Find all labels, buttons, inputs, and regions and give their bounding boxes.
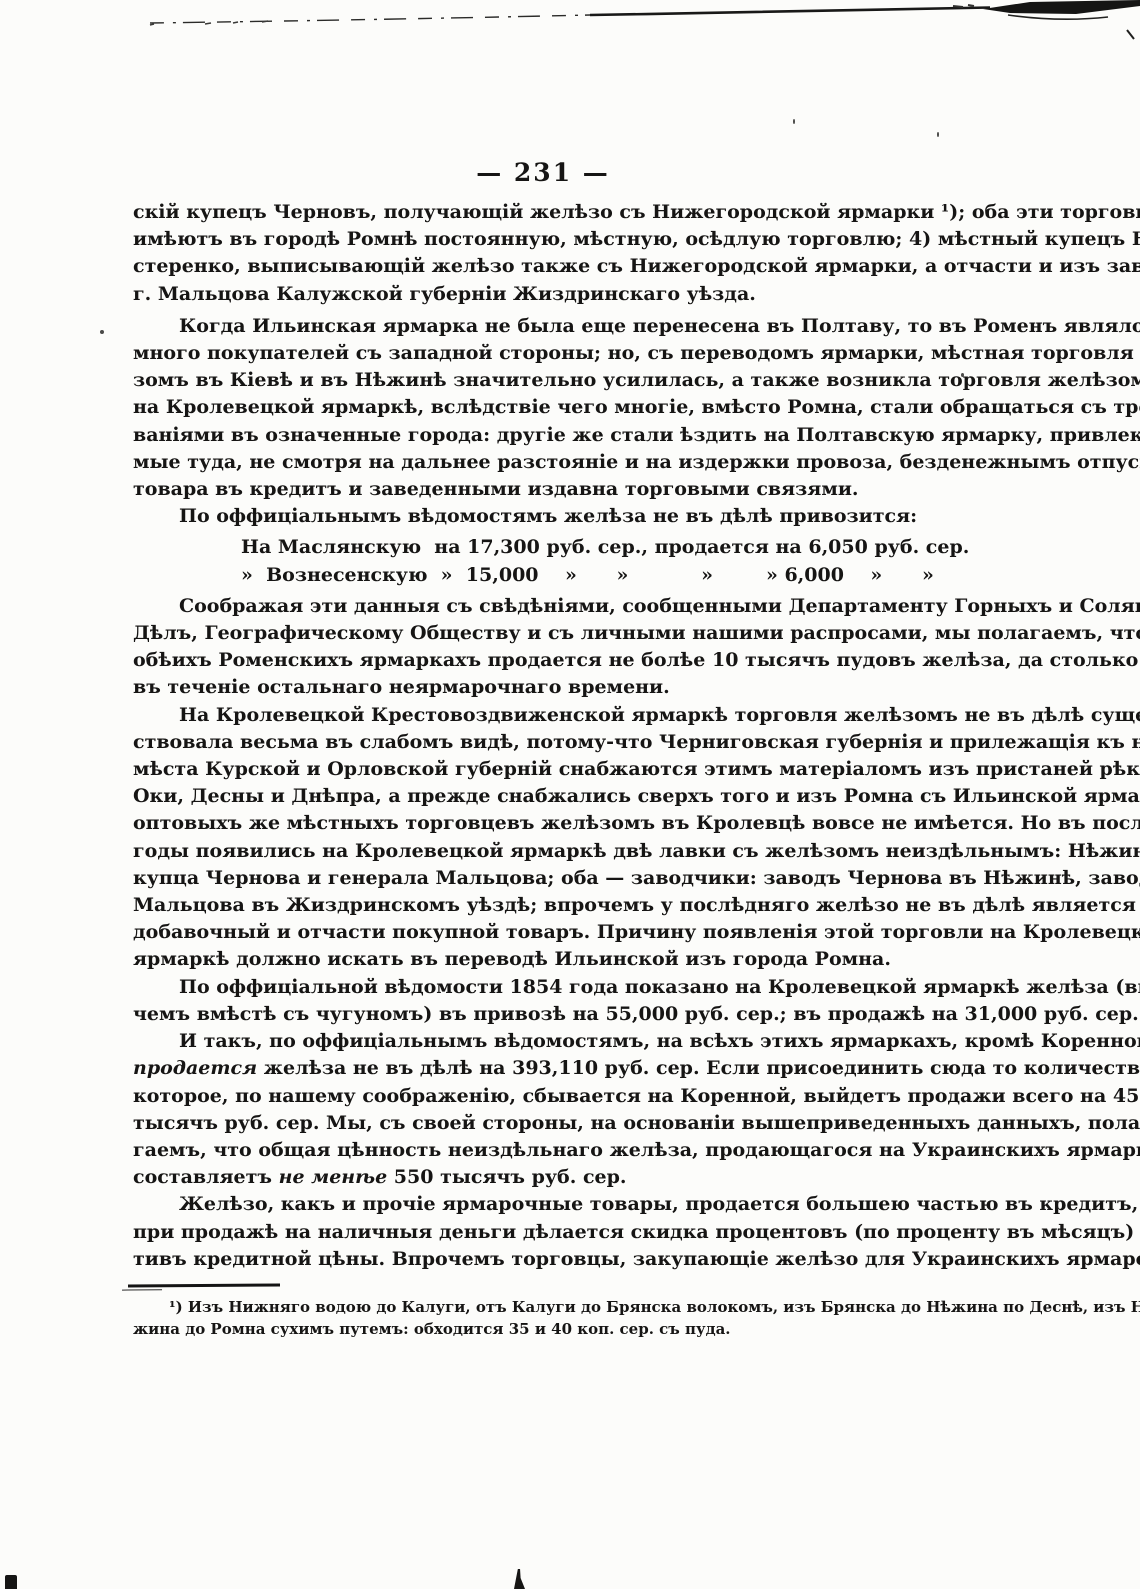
text-line: продается желѣза не въ дѣлѣ на 393,110 р… <box>133 1055 953 1082</box>
paragraph: По оффиціальной вѣдомости 1854 года пока… <box>133 974 953 1028</box>
text-line: » Вознесенскую » 15,000 » » » » 6,000 » … <box>241 562 953 589</box>
paragraph: Желѣзо, какъ и прочіе ярмарочные товары,… <box>133 1191 953 1273</box>
scan-speck <box>937 132 939 137</box>
text-line: чемъ вмѣстѣ съ чугуномъ) въ привозѣ на 5… <box>133 1001 953 1028</box>
text-line: купца Чернова и генерала Мальцова; оба —… <box>133 865 953 892</box>
text-line: товара въ кредитъ и заведенными издавна … <box>133 476 953 503</box>
scan-artifact-bottom-left <box>5 1575 17 1589</box>
text-line: По оффиціальнымъ вѣдомостямъ желѣза не в… <box>133 503 953 530</box>
scan-artifact-bottom-center <box>514 1569 525 1589</box>
book-page: — 231 — скій купецъ Черновъ, получающій … <box>0 0 1140 1589</box>
text-line: скій купецъ Черновъ, получающій желѣзо с… <box>133 199 953 226</box>
text-line: ¹) Изъ Нижняго водою до Калуги, отъ Калу… <box>133 1297 961 1319</box>
paragraph: По оффиціальнымъ вѣдомостямъ желѣза не в… <box>133 503 953 530</box>
text-line: имѣютъ въ городѣ Ромнѣ постоянную, мѣстн… <box>133 226 953 253</box>
text-line: оптовыхъ же мѣстныхъ торговцевъ желѣзомъ… <box>133 810 953 837</box>
text-line: По оффиціальной вѣдомости 1854 года пока… <box>133 974 953 1001</box>
text-line: ярмаркѣ должно искать въ переводѣ Ильинс… <box>133 946 953 973</box>
text-line: много покупателей съ западной стороны; н… <box>133 340 953 367</box>
text-line: въ теченіе остальнаго неярмарочнаго врем… <box>133 674 953 701</box>
italic-text: продается <box>133 1057 257 1079</box>
text-line: стеренко, выписывающій желѣзо также съ Н… <box>133 253 953 280</box>
text-line: добавочный и отчасти покупной товаръ. Пр… <box>133 919 953 946</box>
text-line: Оки, Десны и Днѣпра, а прежде снабжались… <box>133 783 953 810</box>
text-line: которое, по нашему соображенію, сбываетс… <box>133 1083 953 1110</box>
text-line: На Кролевецкой Крестовоздвиженской ярмар… <box>133 702 953 729</box>
paragraph: Когда Ильинская ярмарка не была еще пере… <box>133 313 953 503</box>
text-line: обѣихъ Роменскихъ ярмаркахъ продается не… <box>133 647 953 674</box>
text-line: Желѣзо, какъ и прочіе ярмарочные товары,… <box>133 1191 953 1218</box>
fair-figures-block: На Маслянскую на 17,300 руб. сер., прода… <box>241 534 953 588</box>
text-line: мѣста Курской и Орловской губерній снабж… <box>133 756 953 783</box>
scan-artifact-top-edge <box>0 0 1140 48</box>
scan-speck <box>961 373 964 377</box>
text-segment: составляетъ <box>133 1166 279 1188</box>
text-line: на Кролевецкой ярмаркѣ, вслѣдствіе чего … <box>133 394 953 421</box>
text-line: тысячъ руб. сер. Мы, съ своей стороны, н… <box>133 1110 953 1137</box>
text-segment: 550 тысячъ руб. сер. <box>387 1166 626 1188</box>
text-line: гаемъ, что общая цѣнность неиздѣльнаго ж… <box>133 1137 953 1164</box>
text-line: жина до Ромна сухимъ путемъ: обходится 3… <box>133 1319 961 1341</box>
text-line: годы появились на Кролевецкой ярмаркѣ дв… <box>133 838 953 865</box>
footnote: ¹) Изъ Нижняго водою до Калуги, отъ Калу… <box>133 1297 961 1340</box>
text-line: ваніями въ означенные города: другіе же … <box>133 422 953 449</box>
text-line: при продажѣ на наличныя деньги дѣлается … <box>133 1219 953 1246</box>
italic-text: не менѣе <box>279 1166 388 1188</box>
paragraph: Соображая эти данныя съ свѣдѣніями, сооб… <box>133 593 953 702</box>
text-line: зомъ въ Кіевѣ и въ Нѣжинѣ значительно ус… <box>133 367 953 394</box>
text-line: Когда Ильинская ярмарка не была еще пере… <box>133 313 953 340</box>
text-line: тивъ кредитной цѣны. Впрочемъ торговцы, … <box>133 1246 953 1273</box>
text-line: г. Мальцова Калужской губерніи Жиздринск… <box>133 281 953 308</box>
footnote-separator <box>128 1283 280 1287</box>
text-segment: желѣза не въ дѣлѣ на 393,110 руб. сер. Е… <box>257 1057 1140 1079</box>
scan-speck <box>100 330 104 334</box>
scan-speck <box>793 119 795 124</box>
paragraph: скій купецъ Черновъ, получающій желѣзо с… <box>133 199 953 308</box>
text-line: составляетъ не менѣе 550 тысячъ руб. сер… <box>133 1164 953 1191</box>
text-line: мые туда, не смотря на дальнее разстояні… <box>133 449 953 476</box>
page-number: — 231 — <box>133 158 953 187</box>
text-line: Дѣлъ, Географическому Обществу и съ личн… <box>133 620 953 647</box>
text-line: На Маслянскую на 17,300 руб. сер., прода… <box>241 534 953 561</box>
text-line: ствовала весьма въ слабомъ видѣ, потому-… <box>133 729 953 756</box>
body-text: скій купецъ Черновъ, получающій желѣзо с… <box>133 199 953 1273</box>
text-line: И такъ, по оффиціальнымъ вѣдомостямъ, на… <box>133 1028 953 1055</box>
paragraph: На Кролевецкой Крестовоздвиженской ярмар… <box>133 702 953 974</box>
text-line: Соображая эти данныя съ свѣдѣніями, сооб… <box>133 593 953 620</box>
text-line: Мальцова въ Жиздринскомъ уѣздѣ; впрочемъ… <box>133 892 953 919</box>
paragraph: И такъ, по оффиціальнымъ вѣдомостямъ, на… <box>133 1028 953 1191</box>
